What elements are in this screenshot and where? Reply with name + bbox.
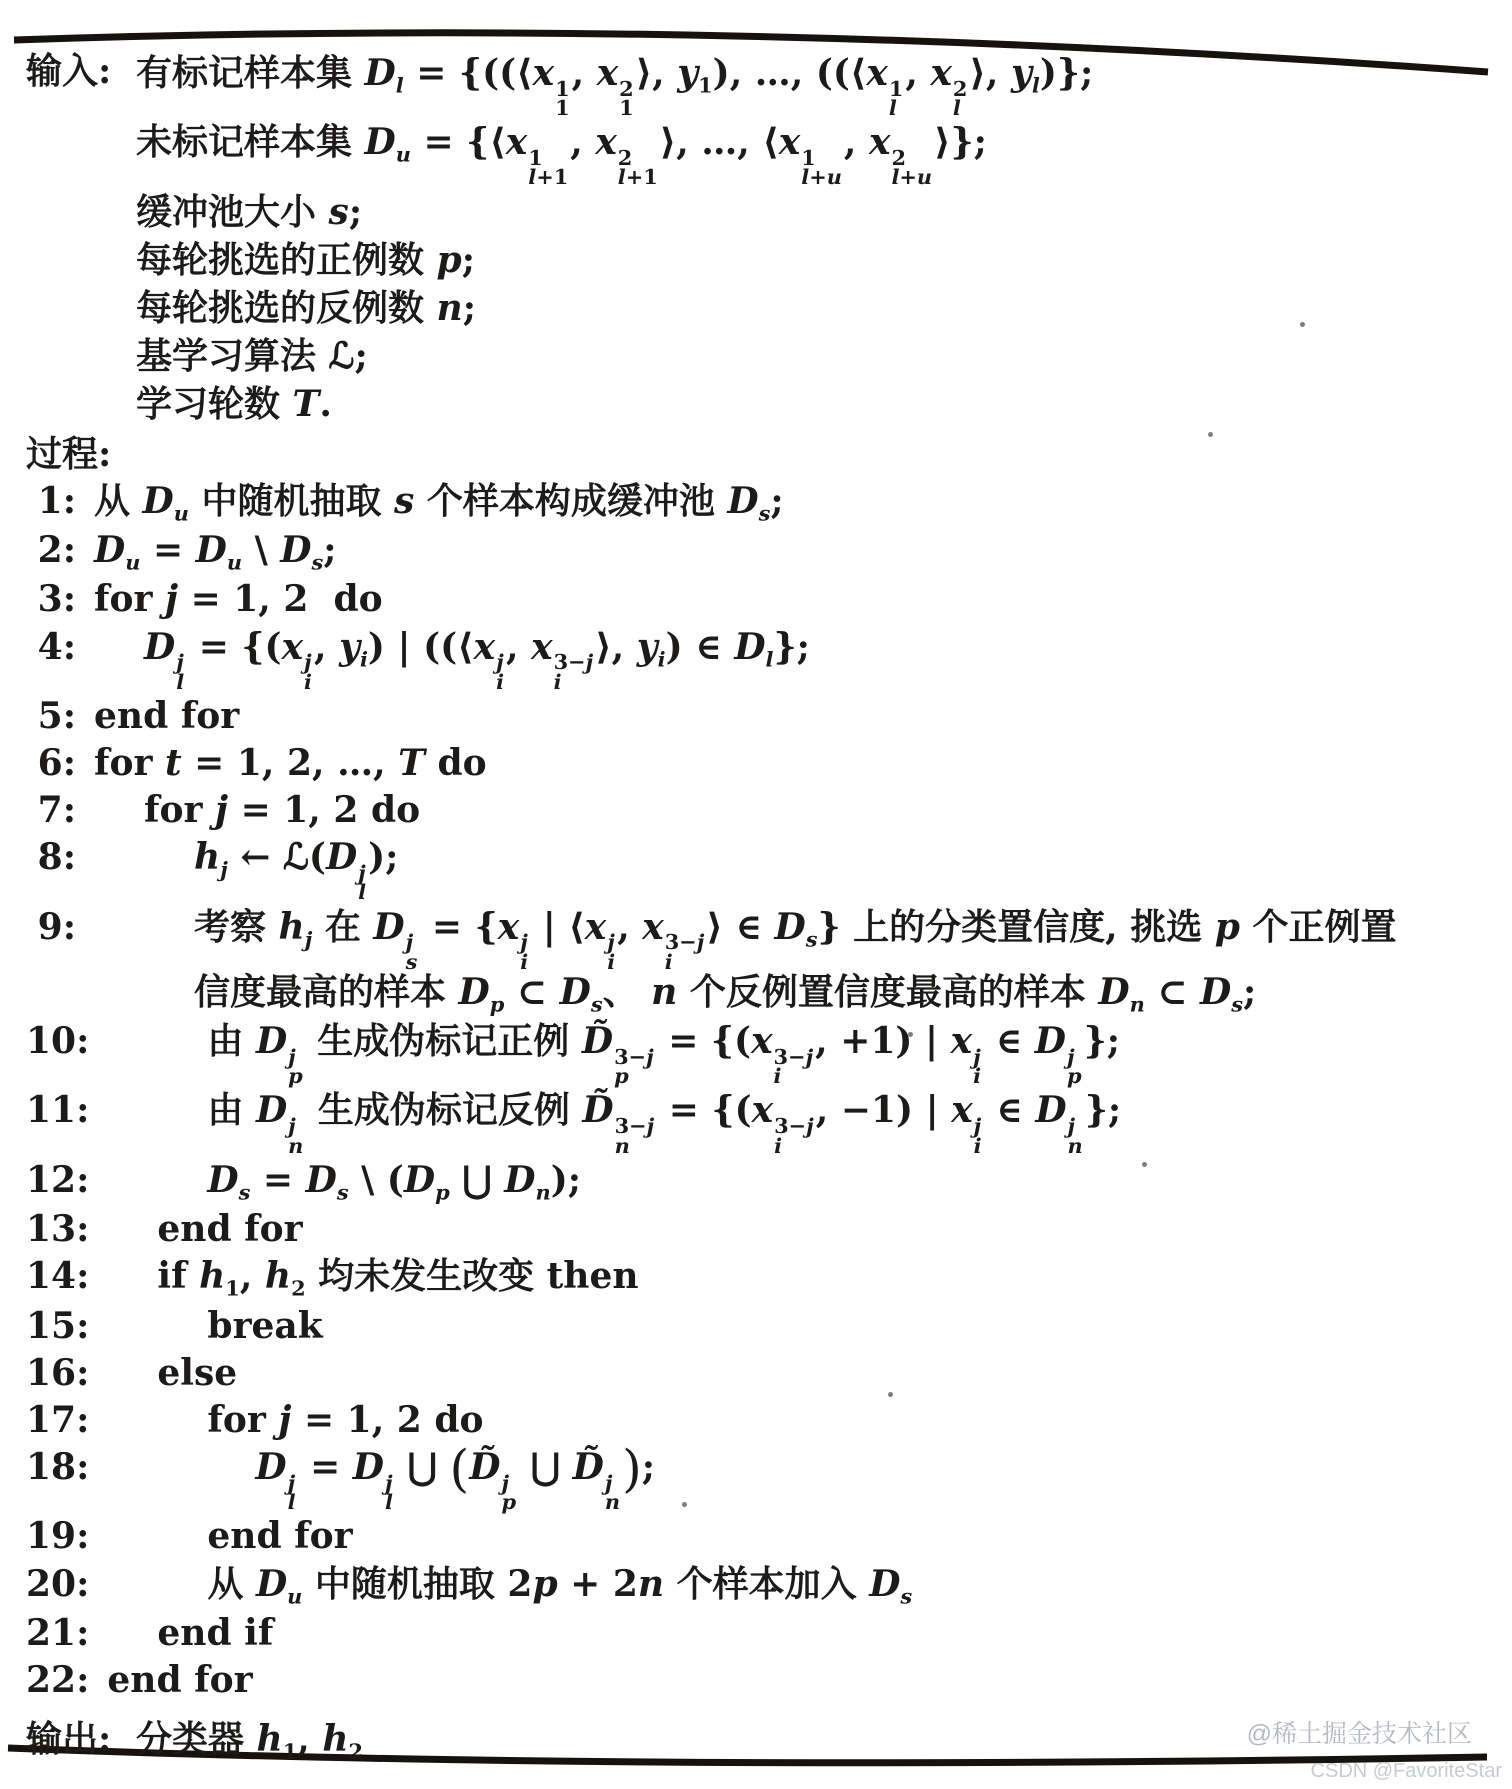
process-line-20: 20:从 Du 中随机抽取 2p + 2n 个样本加入 Ds [26, 1561, 1426, 1610]
line-number: 9: [26, 906, 76, 949]
watermark-csdn: CSDN @FavoriteStar [1311, 1760, 1502, 1783]
line-number: 17: [26, 1399, 89, 1442]
line-content: for j = 1, 2 do [94, 789, 1426, 832]
process-lines: 1:从 Du 中随机抽取 s 个样本构成缓冲池 Ds;2:Du = Du \ D… [26, 478, 1426, 1705]
process-line-10: 10:由 Djp 生成伪标记正例 D̃3−jp = {(x3−ji, +1) |… [26, 1018, 1426, 1087]
output-label: 输出: [26, 1718, 136, 1763]
scan-speck [1208, 432, 1213, 437]
line-number: 2: [26, 529, 76, 572]
output-block: 输出: 分类器 h1, h2 [26, 1718, 1426, 1763]
output-content: 分类器 h1, h2 [136, 1718, 1426, 1763]
line-content: for t = 1, 2, …, T do [94, 742, 1426, 785]
watermark-juejin: @稀土掘金技术社区 [1247, 1714, 1472, 1750]
line-content: break [107, 1305, 1426, 1348]
line-content: end for [107, 1515, 1426, 1558]
process-line-13: 13:end for [26, 1206, 1426, 1253]
line-content: else [107, 1352, 1426, 1395]
line-content: 由 Djn 生成伪标记反例 D̃3−jn = {(x3−ji, −1) | xj… [107, 1089, 1426, 1154]
line-number: 6: [26, 742, 76, 785]
line-number: 8: [26, 836, 76, 879]
input-line-3: 缓冲池大小 s; [136, 189, 1426, 237]
line-number: 14: [26, 1255, 89, 1298]
process-line-14: 14:if h1, h2 均未发生改变 then [26, 1253, 1426, 1302]
line-content: end if [107, 1612, 1426, 1655]
line-number: 19: [26, 1515, 89, 1558]
scan-speck [908, 1032, 913, 1037]
input-block: 输入: 有标记样本集 Dl = {((⟨x11, x21⟩, y1), …, (… [26, 50, 1426, 429]
process-line-12: 12:Ds = Ds \ (Dp ⋃ Dn); [26, 1157, 1426, 1206]
line-number: 12: [26, 1159, 89, 1202]
line-content: 从 Du 中随机抽取 s 个样本构成缓冲池 Ds; [94, 480, 1426, 525]
line-content: for j = 1, 2 do [107, 1399, 1426, 1442]
algorithm-content: 输入: 有标记样本集 Dl = {((⟨x11, x21⟩, y1), …, (… [26, 50, 1426, 1764]
line-content: Djl = {(xji, yi) | ((⟨xji, x3−ji⟩, yi) ∈… [94, 626, 1426, 691]
process-line-7: 7:for j = 1, 2 do [26, 787, 1426, 834]
input-label: 输入: [26, 50, 136, 93]
scan-speck [888, 1392, 893, 1397]
process-line-16: 16:else [26, 1350, 1426, 1397]
scan-speck [682, 1502, 687, 1507]
line-number: 3: [26, 578, 76, 621]
process-line-9: 9:考察 hj 在 Djs = {xji | ⟨xji, x3−ji⟩ ∈ Ds… [26, 904, 1426, 1019]
input-lines: 有标记样本集 Dl = {((⟨x11, x21⟩, y1), …, ((⟨x1… [136, 50, 1426, 429]
line-number: 16: [26, 1352, 89, 1395]
process-line-22: 22:end for [26, 1657, 1426, 1704]
line-number: 22: [26, 1659, 89, 1702]
scan-speck [1142, 1162, 1147, 1167]
line-content: if h1, h2 均未发生改变 then [107, 1255, 1426, 1300]
process-line-15: 15:break [26, 1303, 1426, 1350]
line-content: 考察 hj 在 Djs = {xji | ⟨xji, x3−ji⟩ ∈ Ds} … [94, 906, 1426, 1017]
process-line-2: 2:Du = Du \ Ds; [26, 527, 1426, 576]
input-line-6: 基学习算法 ℒ; [136, 333, 1426, 381]
line-number: 15: [26, 1305, 89, 1348]
process-line-18: 18:Djl = Djl ⋃ (D̃jp ⋃ D̃jn); [26, 1444, 1426, 1513]
scanned-algorithm-page: { "page": {"background": "#ffffff", "ink… [0, 0, 1512, 1789]
line-number: 4: [26, 626, 76, 669]
process-label: 过程: [26, 429, 1426, 478]
line-content: Djl = Djl ⋃ (D̃jp ⋃ D̃jn); [107, 1446, 1426, 1511]
line-number: 20: [26, 1563, 89, 1606]
process-line-11: 11:由 Djn 生成伪标记反例 D̃3−jn = {(x3−ji, −1) |… [26, 1087, 1426, 1156]
process-line-8: 8:hj ← ℒ(Djl); [26, 834, 1426, 903]
input-line-5: 每轮挑选的反例数 n; [136, 285, 1426, 333]
process-line-21: 21:end if [26, 1610, 1426, 1657]
process-line-17: 17:for j = 1, 2 do [26, 1397, 1426, 1444]
process-line-6: 6:for t = 1, 2, …, T do [26, 740, 1426, 787]
line-number: 18: [26, 1446, 89, 1489]
line-content: end for [107, 1208, 1426, 1251]
process-line-19: 19:end for [26, 1513, 1426, 1560]
input-line-1: 有标记样本集 Dl = {((⟨x11, x21⟩, y1), …, ((⟨x1… [136, 50, 1426, 119]
line-content: end for [107, 1659, 1426, 1702]
input-line-2: 未标记样本集 Du = {⟨x1l+1, x2l+1⟩, …, ⟨x1l+u, … [136, 119, 1426, 188]
line-content: 由 Djp 生成伪标记正例 D̃3−jp = {(x3−ji, +1) | xj… [107, 1020, 1426, 1085]
line-number: 1: [26, 480, 76, 523]
line-content: Ds = Ds \ (Dp ⋃ Dn); [107, 1159, 1426, 1204]
line-content: hj ← ℒ(Djl); [94, 836, 1426, 901]
process-line-3: 3:for j = 1, 2 do [26, 576, 1426, 623]
line-number: 7: [26, 789, 76, 832]
line-content: 从 Du 中随机抽取 2p + 2n 个样本加入 Ds [107, 1563, 1426, 1608]
line-number: 11: [26, 1089, 89, 1132]
input-line-7: 学习轮数 T. [136, 381, 1426, 429]
process-line-1: 1:从 Du 中随机抽取 s 个样本构成缓冲池 Ds; [26, 478, 1426, 527]
line-number: 10: [26, 1020, 89, 1063]
input-line-4: 每轮挑选的正例数 p; [136, 237, 1426, 285]
line-content: for j = 1, 2 do [94, 578, 1426, 621]
line-content: end for [94, 695, 1426, 738]
process-line-4: 4:Djl = {(xji, yi) | ((⟨xji, x3−ji⟩, yi)… [26, 624, 1426, 693]
line-number: 5: [26, 695, 76, 738]
line-number: 21: [26, 1612, 89, 1655]
line-number: 13: [26, 1208, 89, 1251]
line-content: Du = Du \ Ds; [94, 529, 1426, 574]
process-line-5: 5:end for [26, 693, 1426, 740]
scan-speck [1300, 322, 1305, 327]
